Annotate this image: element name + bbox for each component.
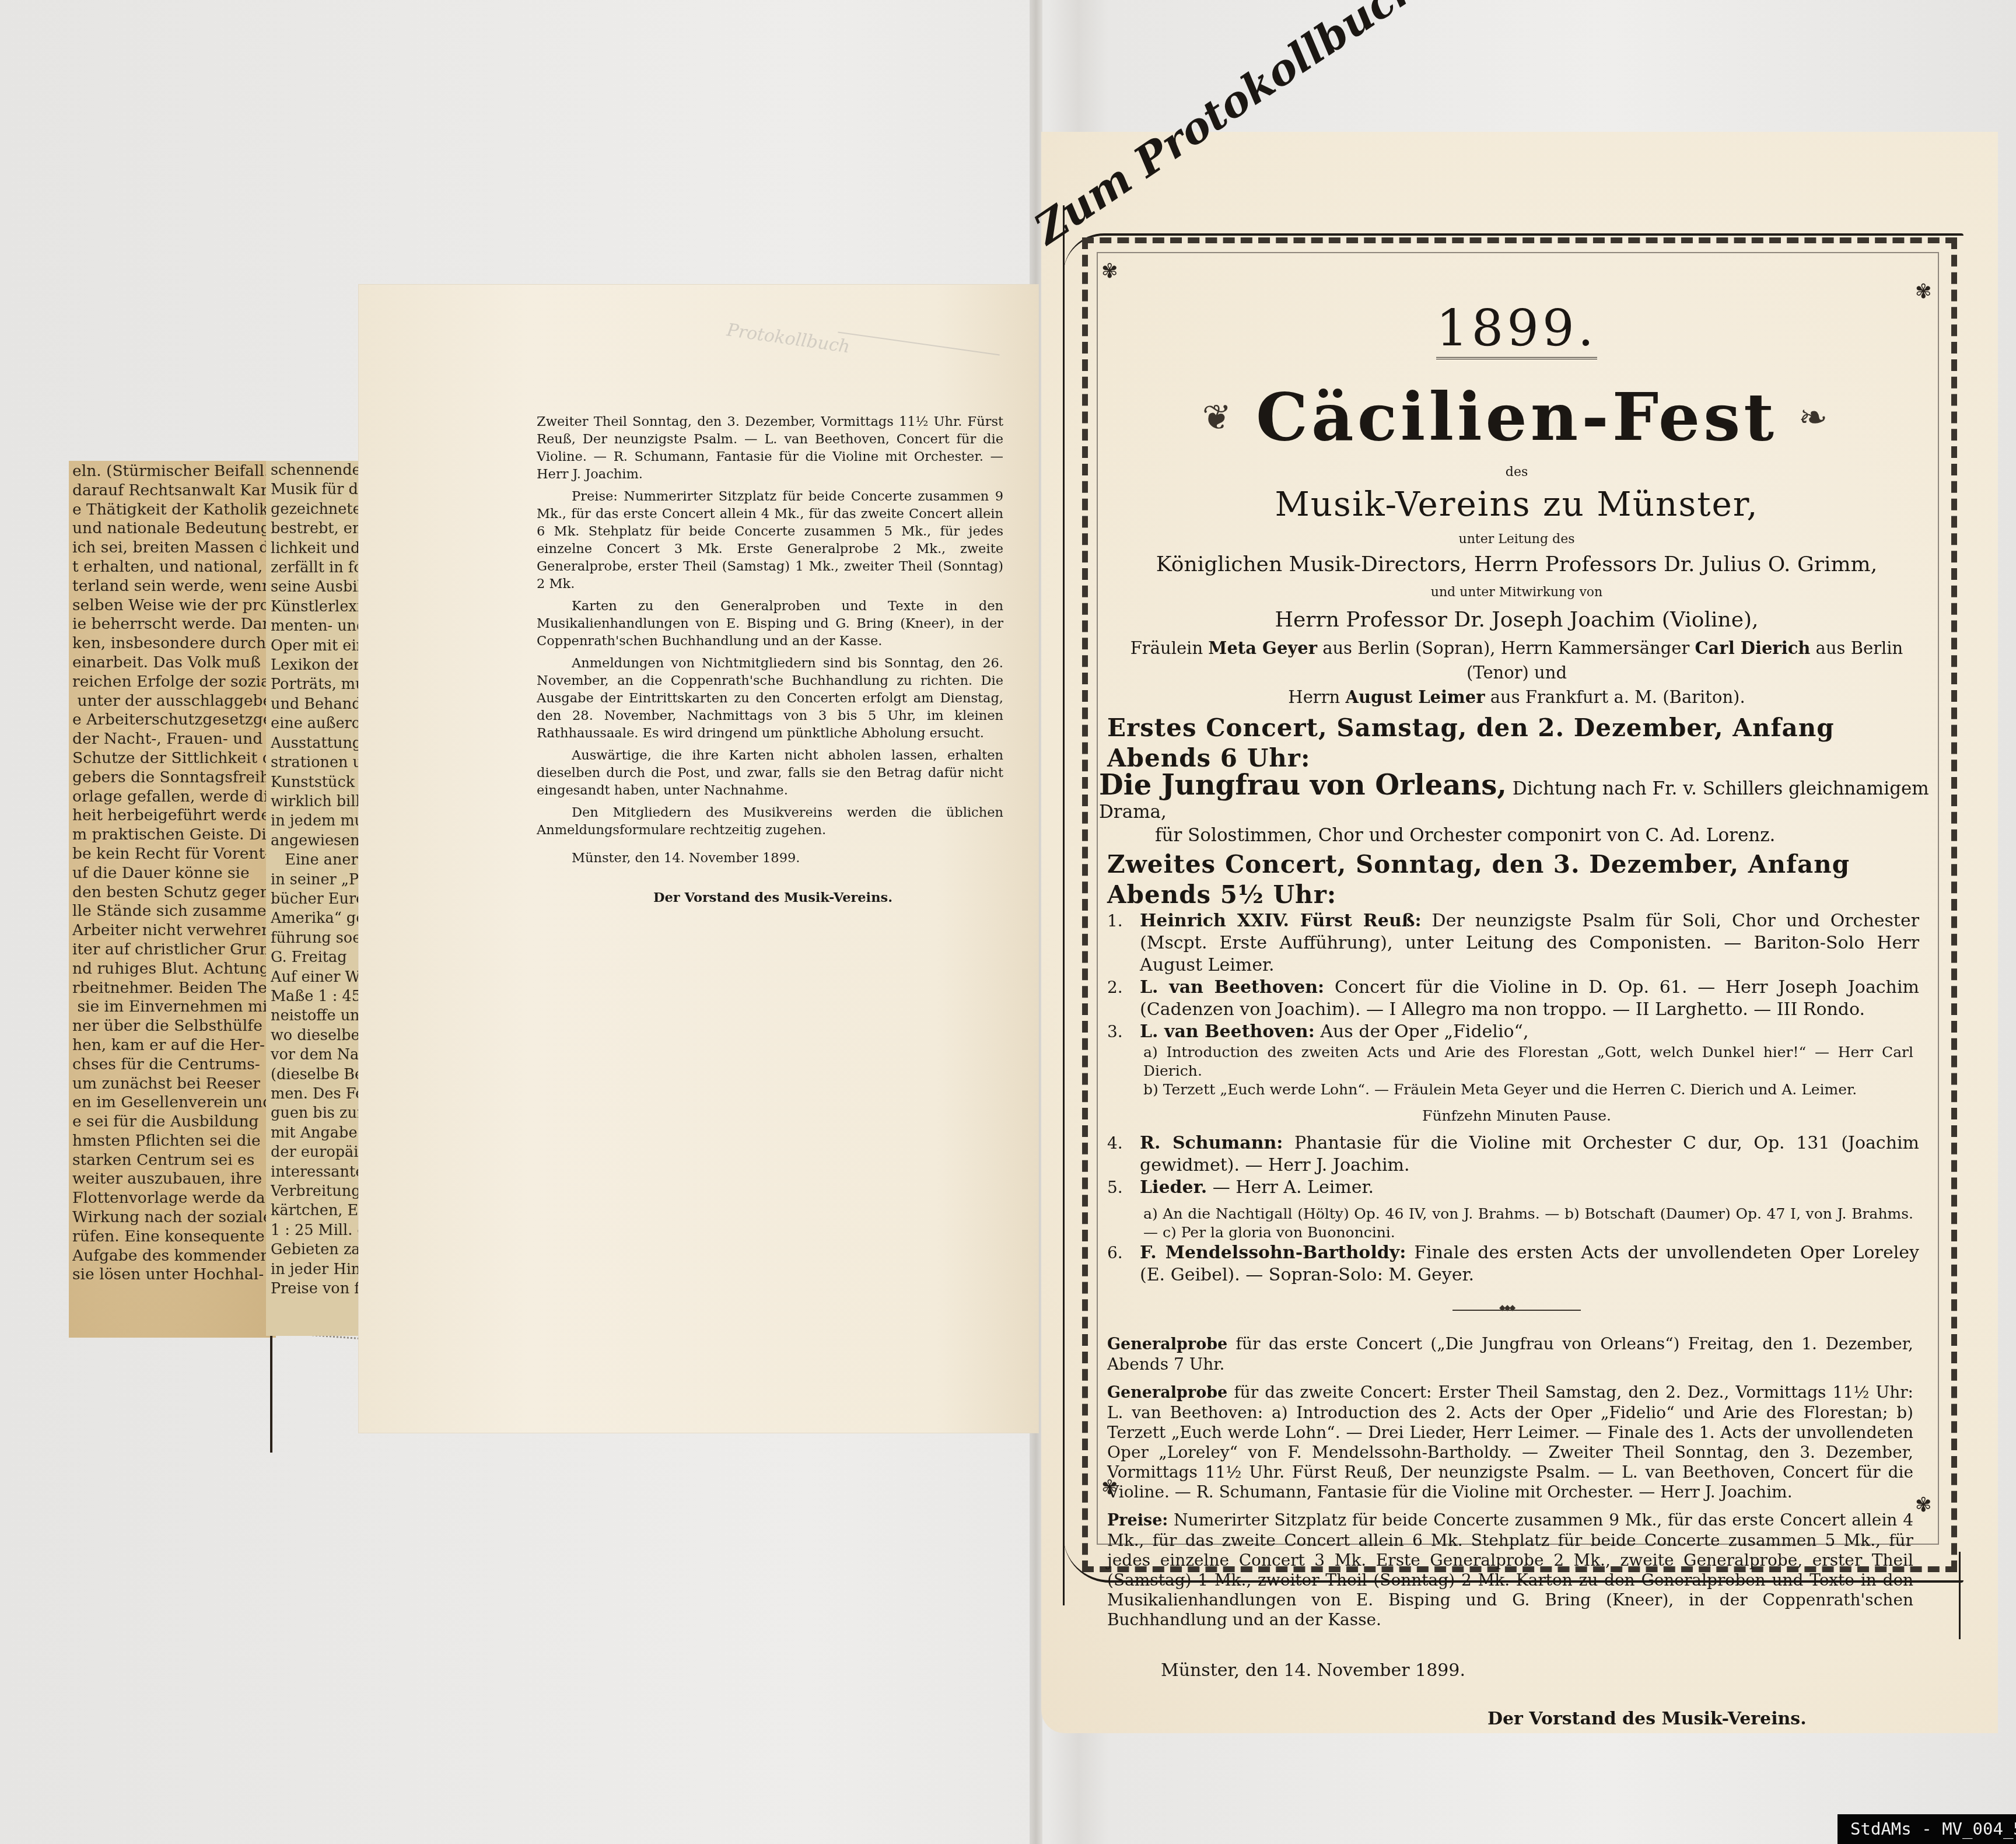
soloist-name: Carl Dierich [1695, 638, 1810, 658]
concert2-heading: Zweites Concert, Sonntag, den 3. Dezembe… [1107, 849, 1937, 910]
program-title: ❦ Cäcilien-Fest ❧ [1097, 379, 1937, 456]
text: aus Berlin (Sopran), Herrn Kammersänger [1317, 638, 1695, 658]
notice-date: Münster, den 14. November 1899. [572, 849, 1003, 867]
prices: Preise: Numerirter Sitzplatz für beide C… [1107, 1510, 1913, 1630]
item-number: 5. [1097, 1177, 1140, 1199]
rehearsal-label: Generalprobe [1107, 1335, 1227, 1353]
item3-sub-b: b) Terzett „Euch werde Lohn“. — Fräulein… [1143, 1080, 1913, 1099]
text: Herrn [1288, 687, 1345, 707]
notice-signature: Der Vorstand des Musik-Vereins. [653, 889, 1003, 907]
notice-sheet: Protokollbuch Zweiter Theil Sonntag, den… [359, 285, 1038, 1433]
soloist-main: Herrn Professor Dr. Joseph Joachim (Viol… [1097, 608, 1937, 632]
concert1-heading: Erstes Concert, Samstag, den 2. Dezember… [1107, 713, 1937, 774]
text: Fräulein [1130, 638, 1209, 658]
item-text: Aus der Oper „Fidelio“, [1315, 1021, 1529, 1042]
soloist-name: August Leimer [1345, 687, 1485, 707]
newspaper-clipping-left: eln. (Stürmischer Beifall.) darauf Recht… [69, 461, 276, 1338]
item3-sub-a: a) Introduction des zweiten Acts und Ari… [1143, 1043, 1913, 1080]
rehearsal-text: für das zweite Concert: Erster Theil Sam… [1107, 1383, 1913, 1502]
item-number: 2. [1097, 977, 1140, 1021]
notice-paragraph-registration: Anmeldungen von Nichtmitgliedern sind bi… [537, 655, 1003, 742]
notice-paragraph-prices: Preise: Nummerirter Sitzplatz für beide … [537, 488, 1003, 593]
item-composer: F. Mendelssohn-Bartholdy: [1140, 1243, 1406, 1263]
pencil-ghost-note: Protokollbuch [726, 320, 852, 357]
item-number: 4. [1097, 1132, 1140, 1177]
program-item: 6. F. Mendelssohn-Bartholdy: Finale des … [1097, 1242, 1919, 1286]
text: aus Frankfurt a. M. (Bariton). [1485, 687, 1745, 707]
corner-ornament-icon: ✾ [1915, 280, 1932, 303]
item-composer: Heinrich XXIV. Fürst Reuß: [1140, 911, 1422, 931]
program-des: des [1097, 465, 1937, 480]
notice-text-column: Zweiter Theil Sonntag, den 3. Dezember, … [537, 413, 1003, 907]
rehearsal-2: Generalprobe für das zweite Concert: Ers… [1107, 1383, 1913, 1502]
corner-ornament-icon: ✾ [1101, 260, 1118, 283]
album-margin-line-right [1959, 1552, 1961, 1639]
rehearsal-label: Generalprobe [1107, 1384, 1227, 1402]
item-number: 6. [1097, 1242, 1140, 1286]
director: Königlichen Musik-Directors, Herrn Profe… [1097, 552, 1937, 577]
item-composer: Lieder. [1140, 1177, 1207, 1198]
notice-paragraph: Zweiter Theil Sonntag, den 3. Dezember, … [537, 413, 1003, 483]
concert1-work-title: Die Jungfrau von Orleans, [1099, 769, 1507, 802]
program-year: 1899. [1436, 303, 1597, 359]
program-item: 2. L. van Beethoven: Concert für die Vio… [1097, 977, 1919, 1021]
soloists-line-2: Herrn August Leimer aus Frankfurt a. M. … [1097, 685, 1937, 709]
flourish-left-icon: ❦ [1202, 397, 1235, 438]
notice-paragraph-postal: Auswärtige, die ihre Karten nicht abhole… [537, 747, 1003, 799]
participation-intro: und unter Mitwirkung von [1097, 585, 1937, 600]
pencil-ghost-line [838, 332, 1000, 356]
item-composer: L. van Beethoven: [1140, 1021, 1315, 1042]
program-title-text: Cäcilien-Fest [1256, 379, 1777, 456]
program-item: 1. Heinrich XXIV. Fürst Reuß: Der neunzi… [1097, 910, 1919, 977]
clipping-left-text: eln. (Stürmischer Beifall.) darauf Recht… [72, 462, 271, 1285]
program-item: 5. Lieder. — Herr A. Leimer. [1097, 1177, 1919, 1199]
ornamental-divider [1452, 1310, 1581, 1311]
program-item: 4. R. Schumann: Phantasie für die Violin… [1097, 1132, 1919, 1177]
notice-paragraph-members: Den Mitgliedern des Musikvereins werden … [537, 804, 1003, 839]
item-composer: L. van Beethoven: [1140, 977, 1324, 998]
soloists-line-1: Fräulein Meta Geyer aus Berlin (Sopran),… [1097, 636, 1937, 685]
program-organization: Musik-Vereins zu Münster, [1097, 484, 1937, 524]
flourish-right-icon: ❧ [1798, 397, 1831, 438]
program-content: 1899. ❦ Cäcilien-Fest ❧ des Musik-Verein… [1097, 303, 1937, 1729]
concert1-work: Die Jungfrau von Orleans, Dichtung nach … [1099, 774, 1937, 824]
soloist-name: Meta Geyer [1208, 638, 1317, 658]
item-composer: R. Schumann: [1140, 1133, 1283, 1153]
notice-paragraph-tickets: Karten zu den Generalproben und Texte in… [537, 597, 1003, 650]
intermission: Fünfzehn Minuten Pause. [1097, 1107, 1937, 1124]
rehearsal-text: für das erste Concert („Die Jungfrau von… [1107, 1334, 1913, 1374]
item-number: 1. [1097, 910, 1140, 977]
program-signature: Der Vorstand des Musik-Vereins. [1487, 1709, 1937, 1729]
archive-label: StdAMs - MV_004_593 [1838, 1814, 2016, 1844]
item5-sub: a) An die Nachtigall (Hölty) Op. 46 IV, … [1143, 1205, 1913, 1242]
program-date: Münster, den 14. November 1899. [1161, 1660, 1937, 1681]
prices-label: Preise: [1107, 1511, 1168, 1530]
item-text: — Herr A. Leimer. [1207, 1177, 1374, 1198]
direction-intro: unter Leitung des [1097, 532, 1937, 547]
prices-text: Numerirter Sitzplatz für beide Concerte … [1107, 1510, 1913, 1629]
program-item: 3. L. van Beethoven: Aus der Oper „Fidel… [1097, 1021, 1919, 1043]
item-number: 3. [1097, 1021, 1140, 1043]
concert1-work-desc2: für Solostimmen, Chor und Orchester comp… [1155, 824, 1937, 847]
rehearsal-1: Generalprobe für das erste Concert („Die… [1107, 1334, 1913, 1374]
